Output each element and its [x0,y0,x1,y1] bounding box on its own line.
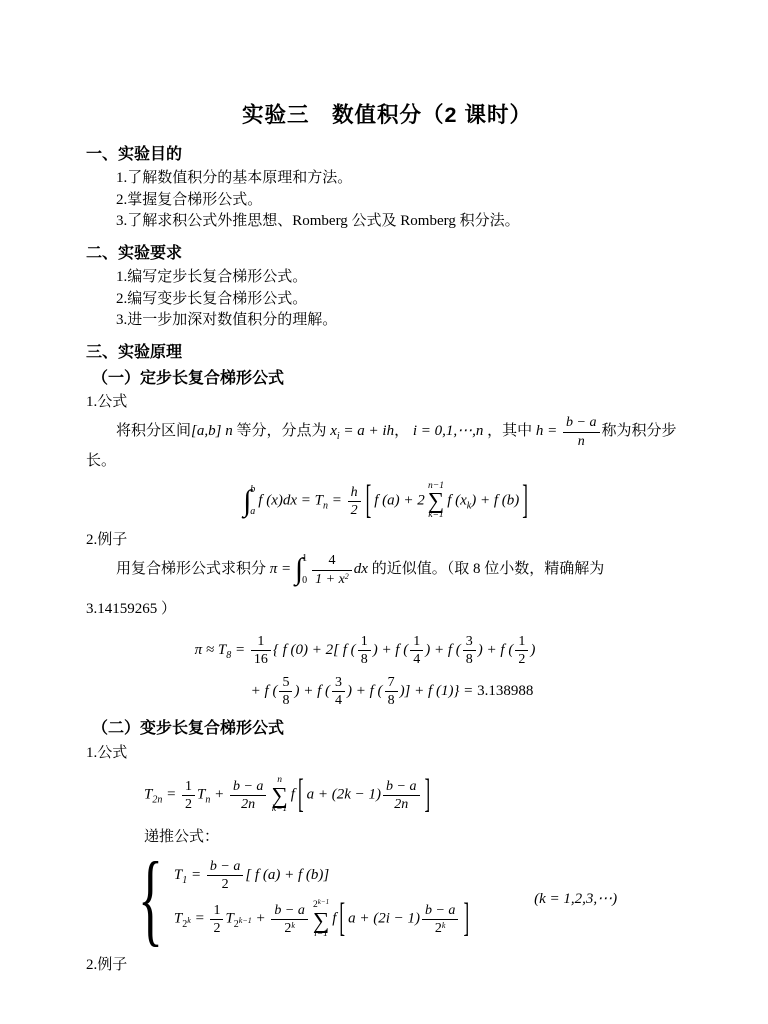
fraction-numerator: b − a [230,779,266,796]
fraction-denominator: 2 [210,920,223,936]
summation: n−1∑k=1 [428,482,444,521]
system-brace: { [138,850,163,949]
example-label-1: 2.例子 [86,530,688,551]
subsection-heading-variable-step: （二）变步长复合梯形公式 [92,718,688,741]
fraction: 18 [358,634,371,667]
math-superscript: k [291,921,295,930]
integral-upper: b [250,485,255,495]
fraction-denominator: 4 [332,692,345,708]
summation: n∑k=1 [271,776,287,815]
fraction: b − a2k [422,903,458,936]
math-token: T [225,911,233,927]
math-superscript: 2 [345,572,349,581]
math-subscript: 2k [182,919,191,930]
fraction: b − a2 [207,859,243,892]
fraction-numerator: 1 [515,634,528,651]
math-token: { f (0) + 2[ [273,642,343,658]
math-superscript: k−1 [318,898,329,906]
fraction: 41 + x2 [312,553,352,586]
goal-item-3: 3.了解求积公式外推思想、Romberg 公式及 Romberg 积分法。 [86,211,688,233]
math-token: = [162,787,180,803]
math-token: f (a) + 2 [374,493,425,509]
math-token: ) [530,642,535,658]
fraction: b − a2k [271,903,307,936]
fraction-numerator: b − a [422,903,458,920]
formula-t2n: T2n = 12Tn + b − a2nn∑k=1f[a + (2k − 1)b… [86,776,688,815]
right-bracket: ] [425,773,431,813]
math-token: [a,b] n [191,423,236,439]
fraction: h2 [348,485,361,518]
math-token: 1 + x [315,572,345,587]
text-run: 等分，分点为 [236,423,330,439]
fraction-numerator: 3 [332,675,345,692]
fraction: 12 [182,779,195,812]
math-token: x [330,423,337,439]
math-token: = [231,642,249,658]
equation-t1: T1 = b − a2[ f (a) + f (b)] [174,859,472,892]
fraction-denominator: 8 [385,692,398,708]
math-token: ) + f (b) [471,493,519,509]
paragraph-partition: 将积分区间[a,b] n 等分，分点为 xi = a + ih， i = 0,1… [86,415,688,448]
math-token: + [210,787,228,803]
math-token: f [332,911,336,927]
goal-item-1: 1.了解数值积分的基本原理和方法。 [86,168,688,190]
math-token: ) [373,642,382,658]
document-title: 实验三 数值积分（2 课时） [86,100,688,131]
math-token: f ( [343,642,356,658]
math-subscript: 2k−1 [234,919,252,930]
math-token: T [174,911,182,927]
integral-limits: ba [250,485,255,517]
fraction-denominator: 2k [271,920,307,936]
fraction-numerator: 1 [210,903,223,920]
math-token: + f ( [381,642,408,658]
subsection-heading-fixed-step: （一）定步长复合梯形公式 [92,368,688,391]
exact-value-line: 3.14159265 ） [86,599,688,620]
math-subscript: 2n [152,795,162,806]
example-label-2: 2.例子 [86,955,688,976]
math-token: + f ( [434,642,461,658]
text-run: 将积分区间 [116,423,191,439]
paragraph-example: 用复合梯形公式求积分 π = ∫1041 + x2dx 的近似值。（取 8 位小… [86,553,688,586]
fraction-numerator: 4 [312,553,352,570]
fraction: 38 [463,634,476,667]
fraction-denominator: 2k [422,920,458,936]
fraction-numerator: 1 [358,634,371,651]
math-token: dx [354,562,368,578]
sum-lower: k=1 [272,805,287,815]
fraction-numerator: 7 [385,675,398,692]
fraction-denominator: 2n [230,796,266,812]
fraction-numerator: 5 [279,675,292,692]
fraction-denominator: 2n [383,796,419,812]
paragraph-wrap-line: 长。 [86,451,688,472]
math-token: f (x [447,493,467,509]
fraction-numerator: b − a [207,859,243,876]
recursion-label: 递推公式： [144,827,688,848]
math-token: i = 0,1,⋯,n [413,423,484,439]
requirement-item-1: 1.编写定步长复合梯形公式。 [86,267,688,289]
text-run: ， [394,423,413,439]
left-bracket: [ [366,479,372,519]
fraction: 78 [385,675,398,708]
sum-sign: ∑ [428,491,444,511]
math-token: ) [294,683,303,699]
k-range-note: (k = 1,2,3,⋯) [534,889,617,910]
result-value: 3.138988 [477,683,533,699]
fraction-numerator: 1 [182,779,195,796]
right-bracket: ] [522,479,528,519]
integral-lower: a [250,507,255,517]
sum-lower: i=1 [314,930,328,940]
fraction-numerator: b − a [563,415,599,432]
requirement-item-2: 2.编写变步长复合梯形公式。 [86,289,688,311]
math-token: 2 [435,921,442,936]
sum-sign: ∑ [271,786,287,806]
fraction-denominator: 2 [515,651,528,667]
fraction: 116 [251,634,271,667]
formula-label-1: 1.公式 [86,392,688,413]
math-token: ) [425,642,434,658]
formula-line-2: + f (58) + f (34) + f (78)] + f (1)} = 3… [195,675,536,708]
fraction-denominator: 16 [251,651,271,667]
text-run: 用复合梯形公式求积分 [116,562,270,578]
fraction: b − a2n [230,779,266,812]
integral-upper: 1 [302,554,307,564]
goal-item-2: 2.掌握复合梯形公式。 [86,190,688,212]
fraction-denominator: 1 + x2 [312,571,352,587]
integral-limits: 10 [302,554,307,586]
equation-t2k: T2k = 12T2k−1 + b − a2k2k−1∑i=1f[a + (2i… [174,899,472,940]
math-token: h = [536,423,561,439]
fraction-denominator: 8 [279,692,292,708]
formula-pi-approx: π ≈ T8 = 116{ f (0) + 2[ f (18) + f (14)… [195,634,536,708]
left-bracket: [ [339,897,345,937]
fraction-numerator: h [348,485,361,502]
formula-label-2: 1.公式 [86,743,688,764]
fraction: 34 [332,675,345,708]
fraction-denominator: n [563,433,599,449]
left-bracket: [ [298,773,304,813]
math-token: )] [400,683,415,699]
fraction-denominator: 8 [463,651,476,667]
math-token: π ≈ T [195,642,227,658]
math-token: f (x)dx = T [258,493,323,509]
fraction: 58 [279,675,292,708]
fraction: 14 [410,634,423,667]
fraction-denominator: 2 [182,796,195,812]
math-token: f [291,787,295,803]
sum-lower: k=1 [428,511,443,521]
math-token: a + (2i − 1) [348,911,420,927]
section-heading-goals: 一、实验目的 [86,144,688,167]
math-token: = a + ih [340,423,394,439]
fraction-numerator: b − a [271,903,307,920]
text-run: ，其中 [483,423,536,439]
fraction-denominator: 8 [358,651,371,667]
math-token: a + (2k − 1) [307,787,381,803]
math-token: = [191,911,209,927]
fraction-numerator: 1 [410,634,423,651]
fraction-numerator: 3 [463,634,476,651]
math-token: + f ( [487,642,514,658]
fraction: 12 [515,634,528,667]
sum-sign: ∑ [313,911,329,931]
math-token: [ f (a) + f (b)] [245,867,329,883]
section-heading-requirements: 二、实验要求 [86,243,688,266]
math-token: = [328,493,346,509]
math-token: = [187,867,205,883]
fraction-numerator: 1 [251,634,271,651]
fraction-denominator: 2 [207,876,243,892]
math-token: T [174,867,182,883]
math-token: + [252,911,270,927]
summation: 2k−1∑i=1 [313,899,329,940]
formula-recursive-system: { T1 = b − a2[ f (a) + f (b)] T2k = 12T2… [86,850,688,949]
formula-line-1: π ≈ T8 = 116{ f (0) + 2[ f (18) + f (14)… [195,634,536,667]
math-superscript: k−1 [239,916,252,925]
integral-lower: 0 [302,576,307,586]
math-superscript: k [442,921,446,930]
math-token: + f (1)} = [414,683,477,699]
fraction: b − an [563,415,599,448]
math-token: ) [478,642,487,658]
requirement-item-3: 3.进一步加深对数值积分的理解。 [86,310,688,332]
math-token: + f ( [303,683,330,699]
math-token: + f ( [251,683,278,699]
formula-composite-trapezoid: ∫baf (x)dx = Tn = h2[f (a) + 2n−1∑k=1f (… [86,482,688,521]
document-page: 实验三 数值积分（2 课时） 一、实验目的 1.了解数值积分的基本原理和方法。 … [0,0,768,976]
math-token: + f ( [356,683,383,699]
fraction: 12 [210,903,223,936]
fraction: b − a2n [383,779,419,812]
text-run: 的近似值。（取 8 位小数，精确解为 [368,562,604,578]
fraction-denominator: 4 [410,651,423,667]
right-bracket: ] [463,897,469,937]
fraction-numerator: b − a [383,779,419,796]
math-token: π = [270,562,295,578]
section-heading-principle: 三、实验原理 [86,342,688,365]
fraction-denominator: 2 [348,502,361,518]
text-run: 称为积分步 [602,423,677,439]
system-equations: T1 = b − a2[ f (a) + f (b)] T2k = 12T2k−… [174,852,472,947]
math-token: ) [347,683,356,699]
